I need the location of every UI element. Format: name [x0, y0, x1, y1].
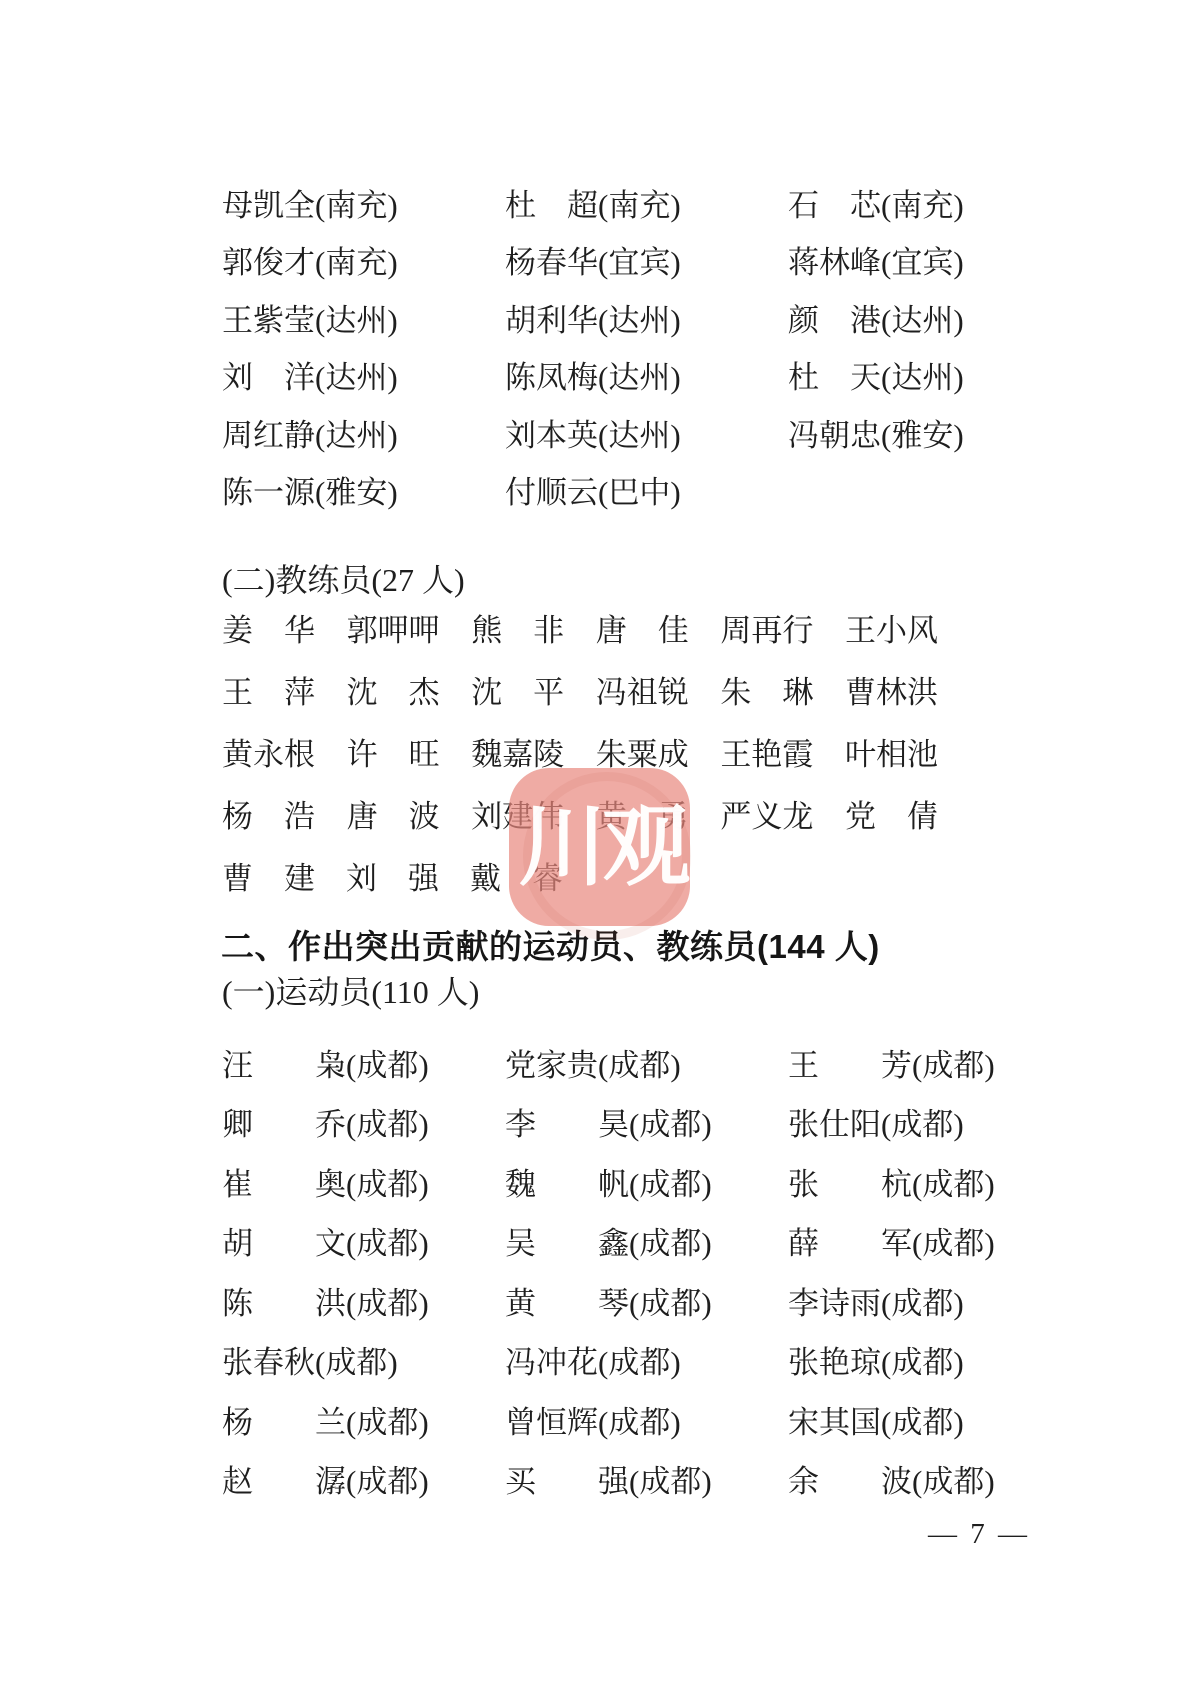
coach-name: 叶相池	[845, 735, 938, 775]
coach-name: 朱 琳	[720, 673, 813, 713]
person-entry: 黄 琴(成都)	[505, 1284, 788, 1324]
chuanguan-watermark-badge: 川观	[509, 768, 690, 926]
coach-name: 郭呷呷	[347, 611, 440, 651]
roster-row: 郭俊才(南充) 杨春华(宜宾) 蒋林峰(宜宾)	[222, 243, 1102, 283]
person-entry: 冯朝忠(雅安)	[788, 416, 1071, 456]
person-entry: 赵 潺(成都)	[222, 1462, 505, 1502]
athlete-row: 张春秋(成都) 冯冲花(成都) 张艳琼(成都)	[222, 1343, 1102, 1383]
person-entry: 陈一源(雅安)	[222, 473, 505, 513]
person-entry: 魏 帆(成都)	[505, 1165, 788, 1205]
coach-name: 党 倩	[845, 797, 938, 837]
page-number: — 7 —	[928, 1516, 1030, 1552]
coach-row: 王 萍 沈 杰 沈 平 冯祖锐 朱 琳 曹林洪	[222, 673, 938, 713]
person-entry: 汪 枭(成都)	[222, 1046, 505, 1086]
person-entry: 王紫莹(达州)	[222, 301, 505, 341]
athlete-row: 崔 奥(成都) 魏 帆(成都) 张 杭(成都)	[222, 1165, 1102, 1205]
person-entry: 崔 奥(成都)	[222, 1165, 505, 1205]
coach-name: 冯祖锐	[596, 673, 689, 713]
coach-name: 黄永根	[222, 735, 315, 775]
coach-name: 许 旺	[347, 735, 440, 775]
person-entry: 宋其国(成都)	[788, 1403, 1071, 1443]
athlete-row: 陈 洪(成都) 黄 琴(成都) 李诗雨(成都)	[222, 1284, 1102, 1324]
person-entry: 卿 乔(成都)	[222, 1105, 505, 1145]
coach-name: 王小风	[845, 611, 938, 651]
coach-name: 唐 佳	[596, 611, 689, 651]
coaches-heading: (二)教练员(27 人)	[222, 560, 465, 600]
person-entry: 颜 港(达州)	[788, 301, 1071, 341]
person-entry: 杨 兰(成都)	[222, 1403, 505, 1443]
person-entry: 陈凤梅(达州)	[505, 358, 788, 398]
person-entry: 薛 军(成都)	[788, 1224, 1071, 1264]
roster-row: 刘 洋(达州) 陈凤梅(达州) 杜 天(达州)	[222, 358, 1102, 398]
person-entry: 刘 洋(达州)	[222, 358, 505, 398]
roster-row: 陈一源(雅安) 付顺云(巴中)	[222, 473, 1102, 513]
person-entry: 张艳琼(成都)	[788, 1343, 1071, 1383]
coach-name: 王 萍	[222, 673, 315, 713]
person-entry: 母凯全(南充)	[222, 186, 505, 226]
person-entry: 陈 洪(成都)	[222, 1284, 505, 1324]
coach-name: 姜 华	[222, 611, 315, 651]
person-entry: 石 芯(南充)	[788, 186, 1071, 226]
person-entry: 买 强(成都)	[505, 1462, 788, 1502]
person-entry: 周红静(达州)	[222, 416, 505, 456]
coach-name: 沈 平	[471, 673, 564, 713]
person-entry: 王 芳(成都)	[788, 1046, 1071, 1086]
person-entry: 蒋林峰(宜宾)	[788, 243, 1071, 283]
watermark-text: 川观	[518, 768, 686, 926]
person-entry: 张 杭(成都)	[788, 1165, 1071, 1205]
document-page: 母凯全(南充) 杜 超(南充) 石 芯(南充) 郭俊才(南充) 杨春华(宜宾) …	[0, 0, 1199, 1696]
person-entry: 杜 超(南充)	[505, 186, 788, 226]
person-entry: 付顺云(巴中)	[505, 473, 788, 513]
coach-name: 唐 波	[347, 797, 440, 837]
coach-name: 严义龙	[720, 797, 813, 837]
person-entry: 杜 天(达州)	[788, 358, 1071, 398]
roster-row: 王紫莹(达州) 胡利华(达州) 颜 港(达州)	[222, 301, 1102, 341]
person-entry: 余 波(成都)	[788, 1462, 1071, 1502]
person-entry: 党家贵(成都)	[505, 1046, 788, 1086]
athletes-subheading: (一)运动员(110 人)	[222, 972, 479, 1012]
person-entry: 胡 文(成都)	[222, 1224, 505, 1264]
person-entry: 吴 鑫(成都)	[505, 1224, 788, 1264]
athlete-row: 赵 潺(成都) 买 强(成都) 余 波(成都)	[222, 1462, 1102, 1502]
person-entry: 杨春华(宜宾)	[505, 243, 788, 283]
coach-row: 姜 华 郭呷呷 熊 非 唐 佳 周再行 王小风	[222, 611, 938, 651]
coach-name: 沈 杰	[347, 673, 440, 713]
person-entry: 李 昊(成都)	[505, 1105, 788, 1145]
athlete-row: 杨 兰(成都) 曾恒辉(成都) 宋其国(成都)	[222, 1403, 1102, 1443]
person-entry	[788, 473, 1071, 513]
coach-name: 曹林洪	[845, 673, 938, 713]
person-entry: 郭俊才(南充)	[222, 243, 505, 283]
person-entry: 张仕阳(成都)	[788, 1105, 1071, 1145]
coach-name: 杨 浩	[222, 797, 315, 837]
athlete-row: 卿 乔(成都) 李 昊(成都) 张仕阳(成都)	[222, 1105, 1102, 1145]
coach-name: 周再行	[720, 611, 813, 651]
person-entry: 刘本英(达州)	[505, 416, 788, 456]
athlete-row: 胡 文(成都) 吴 鑫(成都) 薛 军(成都)	[222, 1224, 1102, 1264]
athlete-row: 汪 枭(成都) 党家贵(成都) 王 芳(成都)	[222, 1046, 1102, 1086]
coach-name: 王艳霞	[720, 735, 813, 775]
coach-name: 熊 非	[471, 611, 564, 651]
person-entry: 胡利华(达州)	[505, 301, 788, 341]
person-entry: 张春秋(成都)	[222, 1343, 505, 1383]
person-entry: 曾恒辉(成都)	[505, 1403, 788, 1443]
person-entry: 冯冲花(成都)	[505, 1343, 788, 1383]
roster-row: 周红静(达州) 刘本英(达州) 冯朝忠(雅安)	[222, 416, 1102, 456]
section2-heading: 二、作出突出贡献的运动员、教练员(144 人)	[221, 927, 880, 967]
roster-row: 母凯全(南充) 杜 超(南充) 石 芯(南充)	[222, 186, 1102, 226]
person-entry: 李诗雨(成都)	[788, 1284, 1071, 1324]
